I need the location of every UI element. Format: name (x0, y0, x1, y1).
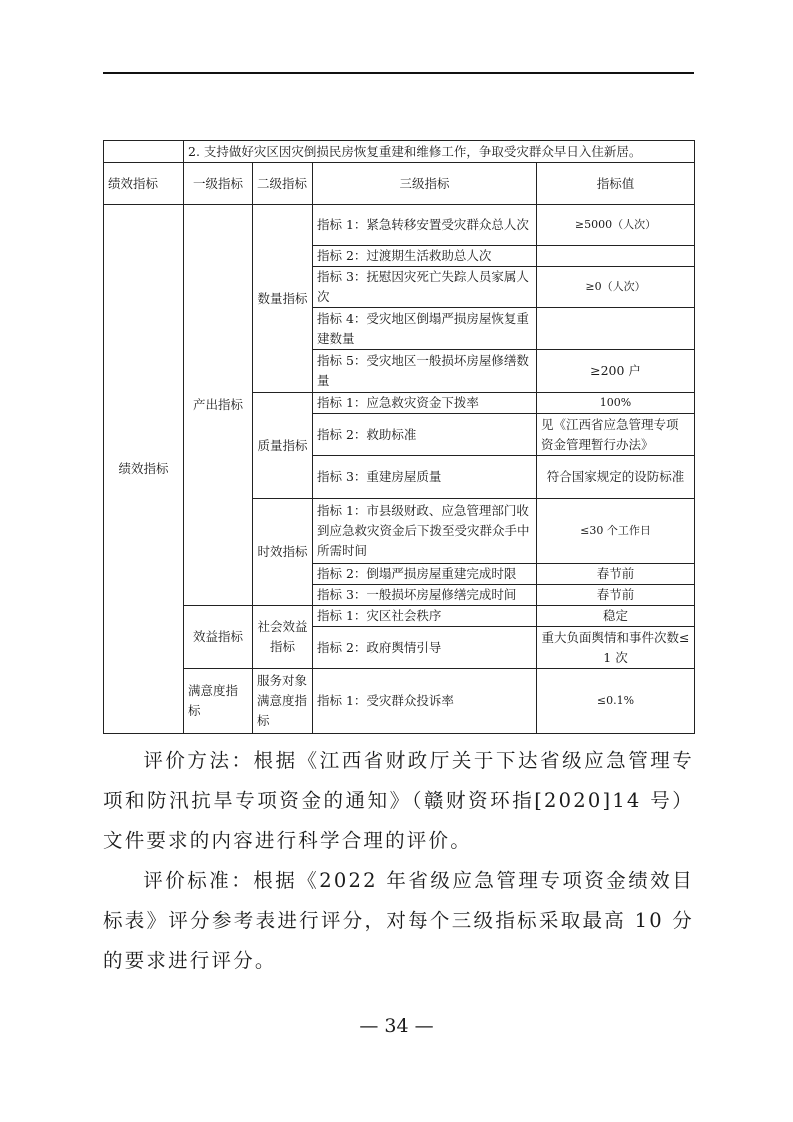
indicator-value: ≤0.1% (537, 669, 695, 734)
indicator-value: 春节前 (537, 585, 695, 606)
level2-quantity: 数量指标 (253, 205, 313, 393)
header-rule (103, 72, 694, 74)
level1-output: 产出指标 (184, 205, 253, 606)
indicator-text: 指标 1：紧急转移安置受灾群众总人次 (313, 205, 537, 246)
indicator-text: 指标 4：受灾地区倒塌严损房屋恢复重建数量 (313, 308, 537, 350)
indicator-value: ≥5000（人次） (537, 205, 695, 246)
level2-timeliness: 时效指标 (253, 499, 313, 606)
goal-text: 2. 支持做好灾区因灾倒损民房恢复重建和维修工作，争取受灾群众早日入住新居。 (184, 141, 695, 163)
indicator-value: 符合国家规定的设防标准 (537, 456, 695, 499)
goal-row-blank-cell (104, 141, 184, 163)
header-level1: 一级指标 (184, 163, 253, 205)
indicator-text: 指标 2：政府舆情引导 (313, 627, 537, 669)
header-level2: 二级指标 (253, 163, 313, 205)
indicator-text: 指标 2：倒塌严损房屋重建完成时限 (313, 564, 537, 585)
indicator-value: 春节前 (537, 564, 695, 585)
indicator-text: 指标 1：应急救灾资金下拨率 (313, 393, 537, 414)
level2-quality: 质量指标 (253, 393, 313, 499)
performance-indicator-table: 2. 支持做好灾区因灾倒损民房恢复重建和维修工作，争取受灾群众早日入住新居。 绩… (103, 140, 695, 734)
indicator-value: 见《江西省应急管理专项资金管理暂行办法》 (537, 414, 695, 456)
evaluation-standard-paragraph: 评价标准：根据《2022 年省级应急管理专项资金绩效目标表》评分参考表进行评分，… (103, 861, 694, 981)
level2-social-benefit: 社会效益指标 (253, 606, 313, 669)
table-row: 绩效指标 产出指标 数量指标 指标 1：紧急转移安置受灾群众总人次 ≥5000（… (104, 205, 695, 246)
indicator-text: 指标 1：市县级财政、应急管理部门收到应急救灾资金后下拨至受灾群众手中所需时间 (313, 499, 537, 564)
indicator-text: 指标 3：重建房屋质量 (313, 456, 537, 499)
indicator-text: 指标 2：救助标准 (313, 414, 537, 456)
indicator-value: ≤30 个工作日 (537, 499, 695, 564)
header-row: 绩效指标 一级指标 二级指标 三级指标 指标值 (104, 163, 695, 205)
indicator-value: 100% (537, 393, 695, 414)
level2-service-satisfaction: 服务对象满意度指标 (253, 669, 313, 734)
indicator-text: 指标 3：抚慰因灾死亡失踪人员家属人次 (313, 267, 537, 308)
indicator-text: 指标 2：过渡期生活救助总人次 (313, 246, 537, 267)
level1-satisfaction: 满意度指标 (184, 669, 253, 734)
header-value: 指标值 (537, 163, 695, 205)
header-performance-indicator: 绩效指标 (104, 163, 184, 205)
goal-row: 2. 支持做好灾区因灾倒损民房恢复重建和维修工作，争取受灾群众早日入住新居。 (104, 141, 695, 163)
indicator-value (537, 308, 695, 350)
header-level3: 三级指标 (313, 163, 537, 205)
root-performance-label: 绩效指标 (104, 205, 184, 734)
indicator-value (537, 246, 695, 267)
table-row: 满意度指标 服务对象满意度指标 指标 1：受灾群众投诉率 ≤0.1% (104, 669, 695, 734)
table-row: 效益指标 社会效益指标 指标 1：灾区社会秩序 稳定 (104, 606, 695, 627)
indicator-text: 指标 5：受灾地区一般损坏房屋修缮数量 (313, 350, 537, 393)
indicator-text: 指标 1：受灾群众投诉率 (313, 669, 537, 734)
page-number: — 34 — (0, 1015, 793, 1037)
level1-benefit: 效益指标 (184, 606, 253, 669)
evaluation-standard-text: 评价标准：根据《2022 年省级应急管理专项资金绩效目标表》评分参考表进行评分，… (103, 869, 694, 972)
indicator-value: 重大负面舆情和事件次数≤1 次 (537, 627, 695, 669)
indicator-value: 稳定 (537, 606, 695, 627)
indicator-value: ≥200 户 (537, 350, 695, 393)
evaluation-method-text: 评价方法：根据《江西省财政厅关于下达省级应急管理专项和防汛抗旱专项资金的通知》（… (103, 749, 694, 852)
indicator-value: ≥0（人次） (537, 267, 695, 308)
indicator-text: 指标 1：灾区社会秩序 (313, 606, 537, 627)
indicator-text: 指标 3：一般损坏房屋修缮完成时间 (313, 585, 537, 606)
evaluation-method-paragraph: 评价方法：根据《江西省财政厅关于下达省级应急管理专项和防汛抗旱专项资金的通知》（… (103, 741, 694, 861)
